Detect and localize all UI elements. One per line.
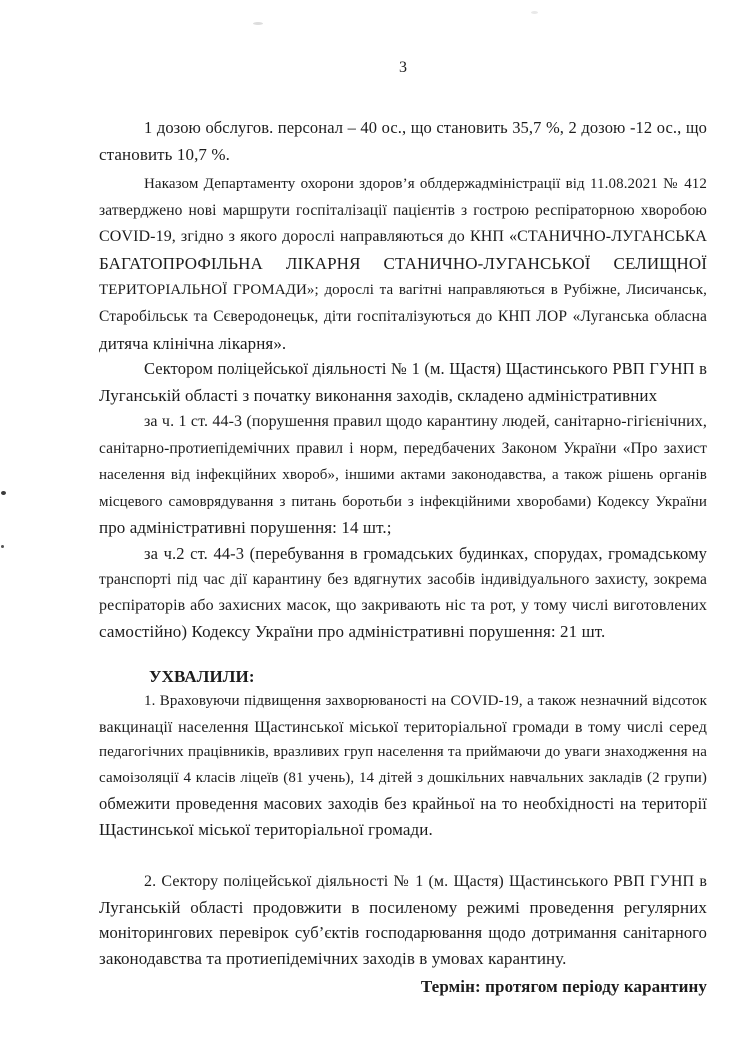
page-number: 3 <box>99 56 707 80</box>
para-art-44-3-part2: за ч.2 ст. 44-3 (перебування в громадськ… <box>99 541 707 645</box>
text-line: COVID-19, згідно з якого дорослі направл… <box>99 224 707 251</box>
text-line: самоізоляції 4 класів ліцеїв (81 учень),… <box>99 766 707 792</box>
text-line: Щастинської міської територіальної грома… <box>99 817 707 843</box>
text-line: санітарно-протиепідемічних правил і норм… <box>99 436 707 463</box>
text-line: БАГАТОПРОФІЛЬНА ЛІКАРНЯ СТАНИЧНО-ЛУГАНСЬ… <box>99 251 707 278</box>
text-line: за ч.2 ст. 44-3 (перебування в громадськ… <box>99 541 707 567</box>
line-term: Термін: протягом періоду карантину <box>99 973 707 1000</box>
text-line: затверджено нові маршрути госпіталізації… <box>99 198 707 225</box>
text-line: Луганській області продовжити в посилено… <box>99 895 707 921</box>
document-page: 3 1 дозою обслугов. персонал – 40 ос., щ… <box>0 0 750 1060</box>
text-line: 2. Сектору поліцейської діяльності № 1 (… <box>99 869 707 895</box>
text-line: становить 10,7 %. <box>99 141 707 168</box>
para-order-412: Наказом Департаменту охорони здоров’я об… <box>99 171 707 357</box>
text-line: 1. Враховуючи підвищення захворюваності … <box>99 689 707 715</box>
text-line: Наказом Департаменту охорони здоров’я об… <box>99 171 707 198</box>
scan-speck <box>1 545 4 548</box>
para-vaccination-doses: 1 дозою обслугов. персонал – 40 ос., що … <box>99 114 707 168</box>
text-line: обмежити проведення масових заходів без … <box>99 791 707 817</box>
heading-resolved: УХВАЛИЛИ: <box>99 663 707 690</box>
text-line: Сектором поліцейської діяльності № 1 (м.… <box>99 356 707 383</box>
text-line: місцевого самоврядування з питань бороть… <box>99 489 707 516</box>
text-line: 1 дозою обслугов. персонал – 40 ос., що … <box>99 114 707 141</box>
para-police-sector-materials: Сектором поліцейської діяльності № 1 (м.… <box>99 356 707 409</box>
text-line: дитяча клінічна лікарня». <box>99 331 707 358</box>
text-line: про адміністративні порушення: 14 шт.; <box>99 515 707 542</box>
text-line: ТЕРИТОРІАЛЬНОЇ ГРОМАДИ»; дорослі та вагі… <box>99 277 707 304</box>
text-line: транспорті під час дії карантину без вдя… <box>99 567 707 593</box>
scan-smudge <box>531 11 538 14</box>
line-term-text: Термін: протягом періоду карантину <box>99 973 707 1000</box>
scan-smudge <box>253 22 263 25</box>
text-line: населення від інфекційних хвороб», іншим… <box>99 462 707 489</box>
para-resolution-2: 2. Сектору поліцейської діяльності № 1 (… <box>99 869 707 971</box>
heading-resolved-text: УХВАЛИЛИ: <box>99 663 707 690</box>
text-line: Луганській області з початку виконання з… <box>99 383 707 410</box>
text-line: моніторингових перевірок суб’єктів госпо… <box>99 920 707 946</box>
text-line: респіраторів або захисних масок, що закр… <box>99 593 707 619</box>
text-line: самостійно) Кодексу України про адмініст… <box>99 619 707 645</box>
text-line: за ч. 1 ст. 44-3 (порушення правил щодо … <box>99 409 707 436</box>
text-line: педагогічних працівників, вразливих груп… <box>99 740 707 766</box>
para-resolution-1: 1. Враховуючи підвищення захворюваності … <box>99 689 707 842</box>
text-line: вакцинації населення Щастинської міської… <box>99 715 707 741</box>
scan-speck <box>1 491 6 495</box>
text-line: законодавства та протиепідемічних заході… <box>99 946 707 972</box>
text-line: Старобільськ та Сєверодонецьк, діти госп… <box>99 304 707 331</box>
para-art-44-3-part1: за ч. 1 ст. 44-3 (порушення правил щодо … <box>99 409 707 542</box>
